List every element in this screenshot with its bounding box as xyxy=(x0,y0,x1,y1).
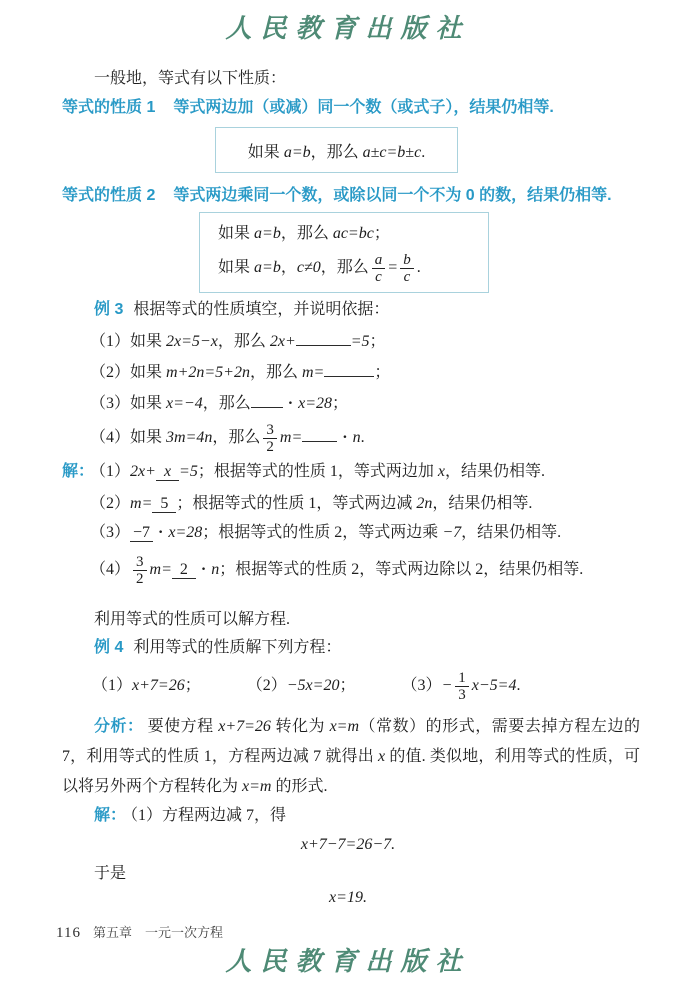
item-math: m= xyxy=(130,495,152,512)
example3-item-3: （3）如果 x=−4，那么·x=28； xyxy=(90,392,348,415)
fraction-numerator: 3 xyxy=(263,422,277,439)
item-math: −5x=20 xyxy=(287,677,340,694)
item-number: （1） xyxy=(90,333,130,350)
chapter-title: 第五章 一元一次方程 xyxy=(93,925,223,940)
example3-item-1: （1）如果 2x=5−x，那么 2x+=5； xyxy=(90,330,386,353)
multiplication-dot: · xyxy=(283,395,298,412)
item-text: ，结果仍相等. xyxy=(432,495,532,512)
publisher-logo-header: 人民教育出版社 xyxy=(0,8,696,45)
item-text: ； xyxy=(185,677,201,694)
fraction-1-over-3: 13 xyxy=(455,670,469,703)
item-text: ，那么 xyxy=(218,333,270,350)
solution3-line-3: （3）−7·x=28；根据等式的性质 2，等式两边乘 −7，结果仍相等. xyxy=(90,522,561,544)
formula-math: a=b xyxy=(284,144,311,161)
item-text: ；根据等式的性质 2，等式两边除以 2，结果仍相等. xyxy=(219,561,583,578)
item-math: 2x+ xyxy=(270,333,296,350)
property2-text: 等式两边乘同一个数，或除以同一个不为 0 的数，结果仍相等. xyxy=(173,187,611,204)
item-number: （4） xyxy=(90,429,130,446)
solution4-line-2: 于是 xyxy=(94,863,126,885)
publisher-logo-footer: 人民教育出版社 xyxy=(0,941,696,978)
formula-text: ，那么 xyxy=(311,144,363,161)
fraction-denominator: c xyxy=(372,269,386,285)
centered-equation-1: x+7−7=26−7. xyxy=(0,836,696,854)
item-math: x+7=26 xyxy=(132,677,185,694)
page-number: 116 xyxy=(56,925,81,941)
solution3-line-1: 解：（1）2x+x=5；根据等式的性质 1，等式两边加 x，结果仍相等. xyxy=(62,461,545,483)
fraction-a-over-c: ac xyxy=(372,252,386,285)
formula-math: c≠0 xyxy=(297,259,321,276)
item-text: ，结果仍相等. xyxy=(461,524,561,541)
fraction-denominator: 2 xyxy=(263,439,277,455)
blank-line xyxy=(302,426,337,442)
analysis-paragraph: 分析：要使方程 x+7=26 转化为 x=m（常数）的形式，需要去掉方程左边的 … xyxy=(62,712,640,802)
item-number: （2） xyxy=(90,495,130,512)
item-math: x−5=4 xyxy=(472,677,517,694)
item-text: ，那么 xyxy=(212,429,260,446)
item-math: x=28 xyxy=(168,524,202,541)
example3-title: 根据等式的性质填空，并说明依据： xyxy=(133,301,389,318)
item-number: （3） xyxy=(90,524,130,541)
item-math: =5 xyxy=(179,463,198,480)
formula-math: ac=bc xyxy=(333,225,374,242)
property2-formula-box: 如果 a=b，那么 ac=bc； 如果 a=b，c≠0，那么ac=bc. xyxy=(199,212,489,293)
fraction-denominator: 2 xyxy=(133,571,147,587)
item-text: 如果 xyxy=(130,333,166,350)
formula-text: . xyxy=(417,259,421,276)
formula-text: ； xyxy=(374,225,390,242)
item-number: （3） xyxy=(90,395,130,412)
formula-math: a=b xyxy=(254,225,281,242)
page-footer: 116第五章 一元一次方程 xyxy=(56,922,223,942)
solution3-line-4: （4）32m=2·n；根据等式的性质 2，等式两边除以 2，结果仍相等. xyxy=(90,552,583,588)
item-number: （1） xyxy=(98,463,130,480)
fraction-numerator: 3 xyxy=(133,554,147,571)
example3-item-4: （4）如果 3m=4n，那么32m=·n. xyxy=(90,420,365,456)
property1-label: 等式的性质 1 xyxy=(62,99,155,116)
solution-text: 于是 xyxy=(94,865,126,882)
formula-text: = xyxy=(388,259,397,276)
item-text: ，那么 xyxy=(203,395,251,412)
formula-text: . xyxy=(421,144,425,161)
solution4-line-1: 解：（1）方程两边减 7，得 xyxy=(94,805,286,827)
blank-line xyxy=(251,392,283,408)
example4-title: 利用等式的性质解下列方程： xyxy=(133,639,341,656)
item-text: ；根据等式的性质 1，等式两边减 xyxy=(176,495,416,512)
example4-heading: 例 4利用等式的性质解下列方程： xyxy=(94,637,341,659)
analysis-text: 的形式. xyxy=(271,778,327,795)
fraction-denominator: 3 xyxy=(455,687,469,703)
example3-heading: 例 3根据等式的性质填空，并说明依据： xyxy=(94,299,389,321)
item-text: ；根据等式的性质 2，等式两边乘 xyxy=(202,524,442,541)
solution3-line-2: （2）m=5；根据等式的性质 1，等式两边减 2n，结果仍相等. xyxy=(90,493,532,515)
example3-item-2: （2）如果 m+2n=5+2n，那么 m=； xyxy=(90,361,390,384)
item-math: m= xyxy=(302,364,324,381)
blank-line xyxy=(296,330,351,346)
equation-1: （1）x+7=26； xyxy=(92,677,201,694)
item-math: − xyxy=(441,677,452,694)
item-text: ； xyxy=(374,364,390,381)
bridge-paragraph: 利用等式的性质可以解方程. xyxy=(94,609,290,631)
equation-math: x=19. xyxy=(329,889,367,906)
item-text: ，结果仍相等. xyxy=(445,463,545,480)
multiplication-dot: · xyxy=(196,561,211,578)
formula-text: ，那么 xyxy=(281,225,333,242)
item-text: . xyxy=(361,429,365,446)
fraction-numerator: b xyxy=(400,252,414,269)
fraction-b-over-c: bc xyxy=(400,252,414,285)
multiplication-dot: · xyxy=(337,429,352,446)
property1-formula: 如果 a=b，那么 a±c=b±c. xyxy=(248,139,425,162)
item-text: . xyxy=(516,677,520,694)
fraction-numerator: 1 xyxy=(455,670,469,687)
multiplication-dot: · xyxy=(153,524,168,541)
analysis-text: 要使方程 xyxy=(148,718,219,735)
property2-formula-line2: 如果 a=b，c≠0，那么ac=bc. xyxy=(218,252,421,285)
property2-label: 等式的性质 2 xyxy=(62,187,155,204)
item-text: 如果 xyxy=(130,395,166,412)
answer-underlined: 5 xyxy=(152,495,176,513)
item-text: 如果 xyxy=(130,364,166,381)
item-math: 2x=5−x xyxy=(166,333,218,350)
item-math: 2x+ xyxy=(130,463,156,480)
item-math: n xyxy=(353,429,361,446)
item-number: （3） xyxy=(409,677,441,694)
blank-line xyxy=(324,361,374,377)
property1-formula-box: 如果 a=b，那么 a±c=b±c. xyxy=(215,127,458,173)
formula-text: 如果 xyxy=(218,259,254,276)
solution-label: 解： xyxy=(62,463,94,480)
example4-label: 例 4 xyxy=(94,639,123,656)
analysis-label: 分析： xyxy=(94,718,144,735)
item-number: （1） xyxy=(92,677,132,694)
equation-3: （3）−13x−5=4. xyxy=(409,677,520,694)
item-math: 2n xyxy=(416,495,432,512)
item-text: ； xyxy=(332,395,348,412)
analysis-text: 转化为 xyxy=(271,718,330,735)
equation-math: x+7−7=26−7. xyxy=(301,836,395,853)
fraction-3-over-2: 32 xyxy=(263,422,277,455)
item-text: ； xyxy=(370,333,386,350)
item-math: x=28 xyxy=(298,395,332,412)
property1-heading: 等式的性质 1等式两边加（或减）同一个数（或式子），结果仍相等. xyxy=(62,97,554,119)
formula-math: a=b xyxy=(254,259,281,276)
formula-math: a±c=b±c xyxy=(363,144,422,161)
item-math: x xyxy=(438,463,445,480)
bridge-text: 利用等式的性质可以解方程. xyxy=(94,611,290,628)
item-math: m= xyxy=(150,561,172,578)
intro-text: 一般地，等式有以下性质： xyxy=(94,70,286,87)
fraction-3-over-2: 32 xyxy=(133,554,147,587)
formula-text: ，那么 xyxy=(321,259,369,276)
formula-text: 如果 xyxy=(218,225,254,242)
analysis-math: x+7=26 xyxy=(218,718,271,735)
answer-underlined: x xyxy=(156,463,179,481)
fraction-denominator: c xyxy=(400,269,414,285)
answer-underlined: −7 xyxy=(130,524,153,542)
centered-equation-2: x=19. xyxy=(0,889,696,907)
item-math: =5 xyxy=(351,333,370,350)
analysis-math: x=m xyxy=(330,718,359,735)
item-math: 3m=4n xyxy=(166,429,212,446)
item-math: x=−4 xyxy=(166,395,203,412)
property2-formula-line1: 如果 a=b，那么 ac=bc； xyxy=(218,220,390,243)
textbook-page: 人民教育出版社 一般地，等式有以下性质： 等式的性质 1等式两边加（或减）同一个… xyxy=(0,0,696,983)
item-number: （2） xyxy=(90,364,130,381)
item-text: 如果 xyxy=(130,429,166,446)
item-text: ； xyxy=(339,677,355,694)
example3-label: 例 3 xyxy=(94,301,123,318)
solution-label: 解： xyxy=(94,807,126,824)
intro-paragraph: 一般地，等式有以下性质： xyxy=(94,68,286,90)
item-number: （4） xyxy=(90,561,130,578)
formula-text: ， xyxy=(281,259,297,276)
property2-heading: 等式的性质 2等式两边乘同一个数，或除以同一个不为 0 的数，结果仍相等. xyxy=(62,185,612,207)
item-number: （2） xyxy=(255,677,287,694)
item-text: ；根据等式的性质 1，等式两边加 xyxy=(198,463,438,480)
analysis-math: x=m xyxy=(242,778,271,795)
property1-text: 等式两边加（或减）同一个数（或式子），结果仍相等. xyxy=(173,99,553,116)
fraction-numerator: a xyxy=(372,252,386,269)
item-math: m+2n=5+2n xyxy=(166,364,250,381)
equation-2: （2）−5x=20； xyxy=(255,677,356,694)
example4-equations: （1）x+7=26；（2）−5x=20；（3）−13x−5=4. xyxy=(92,668,520,704)
item-text: ，那么 xyxy=(250,364,302,381)
solution-text: （1）方程两边减 7，得 xyxy=(130,807,286,824)
formula-text: 如果 xyxy=(248,144,284,161)
item-math: m= xyxy=(280,429,302,446)
answer-underlined: 2 xyxy=(172,561,196,579)
item-math: −7 xyxy=(442,524,461,541)
